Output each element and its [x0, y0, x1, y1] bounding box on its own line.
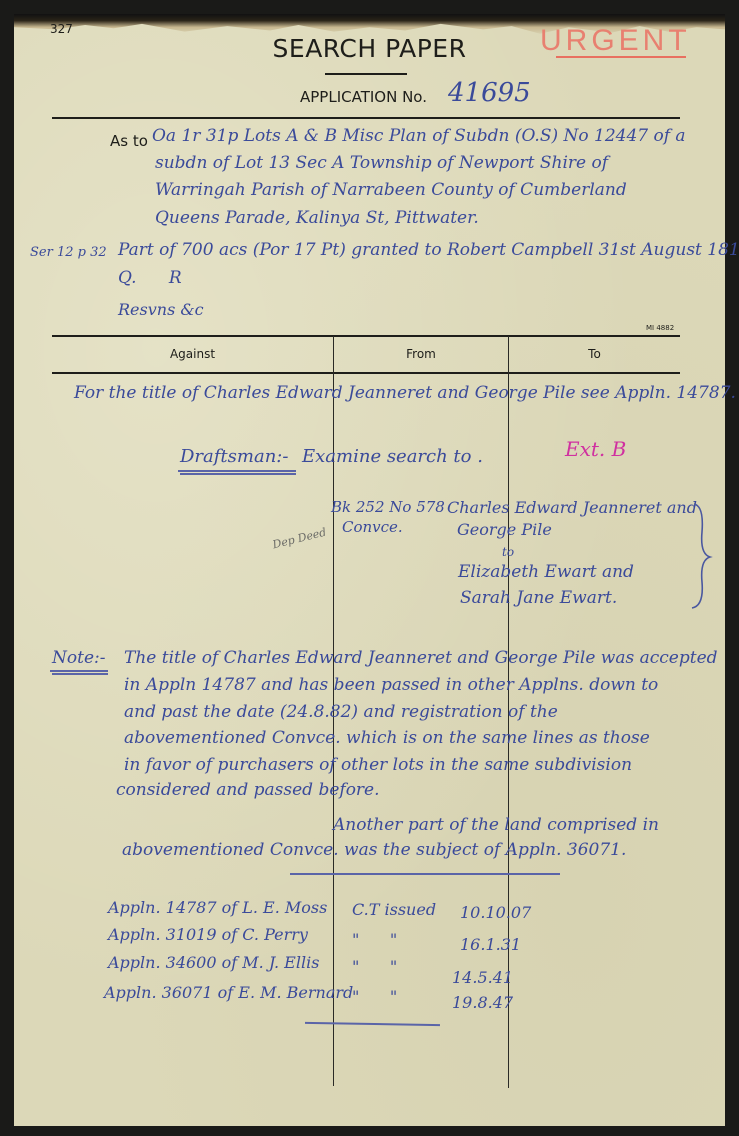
section-underline: [290, 873, 560, 875]
appln-row-1-date: 10.10.07: [460, 903, 531, 922]
appln-row-3-date: 14.5.41: [452, 968, 513, 987]
urgent-underline: [556, 56, 686, 58]
appln-row-1-status: C.T issued: [352, 900, 436, 919]
appln-row-4: Appln. 36071 of E. M. Bernard: [104, 983, 353, 1002]
draftsman-label: Draftsman:-: [180, 446, 288, 467]
draftsman-underline: [178, 470, 296, 472]
brace-icon: [690, 502, 714, 612]
grant-line: Part of 700 acs (Por 17 Pt) granted to R…: [118, 240, 739, 260]
note-line-3: and past the date (24.8.82) and registra…: [124, 702, 558, 722]
as-to-line-1: Oa 1r 31p Lots A & B Misc Plan of Subdn …: [152, 126, 686, 146]
appln-row-1: Appln. 14787 of L. E. Moss: [108, 898, 327, 917]
note-line-2: in Appln 14787 and has been passed in ot…: [124, 675, 658, 695]
reservations: Resvns &c: [118, 300, 204, 319]
conveyance-ref-1: Bk 252 No 578: [331, 498, 445, 516]
draftsman-underline-2: [180, 473, 296, 475]
note-underline-2: [52, 673, 108, 675]
draftsman-mark: Ext. B: [565, 437, 626, 461]
appln-row-3: Appln. 34600 of M. J. Ellis: [108, 953, 319, 972]
appln-row-4-status: " ": [352, 987, 397, 1006]
note-line-1: The title of Charles Edward Jeanneret an…: [124, 648, 718, 668]
note-underline: [50, 670, 108, 672]
from-line-1: Charles Edward Jeanneret and: [447, 498, 697, 517]
column-header-to: To: [509, 347, 680, 361]
to-word: to: [502, 545, 514, 559]
title-note: For the title of Charles Edward Jeannere…: [74, 383, 736, 403]
column-header-from: From: [334, 347, 508, 361]
note-line-4: abovementioned Convce. which is on the s…: [124, 728, 650, 748]
header-rule: [52, 117, 680, 119]
application-label: APPLICATION No.: [300, 88, 427, 106]
draftsman-text: Examine search to .: [302, 446, 483, 467]
as-to-label: As to: [110, 132, 148, 150]
note-line-5: in favor of purchasers of other lots in …: [124, 755, 632, 775]
as-to-line-3: Warringah Parish of Narrabeen County of …: [155, 180, 627, 200]
appln-row-4-date: 19.8.47: [452, 993, 513, 1012]
conveyance-ref-2: Convce.: [342, 518, 403, 536]
as-to-line-2: subdn of Lot 13 Sec A Township of Newpor…: [155, 153, 608, 173]
table-top-rule: [52, 335, 680, 337]
margin-reference: Ser 12 p 32: [30, 245, 107, 260]
appln-row-2: Appln. 31019 of C. Perry: [108, 925, 308, 944]
qr-line: Q. R: [118, 268, 182, 288]
form-code: MI 4882: [646, 324, 674, 332]
title-divider: [325, 73, 407, 75]
appln-row-2-date: 16.1.31: [460, 935, 521, 954]
note-label: Note:-: [52, 648, 105, 668]
appln-row-2-status: " ": [352, 930, 397, 949]
appln-row-3-status: " ": [352, 957, 397, 976]
table-header-rule: [52, 372, 680, 374]
as-to-line-4: Queens Parade, Kalinya St, Pittwater.: [155, 208, 479, 228]
another-line-2: abovementioned Convce. was the subject o…: [122, 840, 626, 860]
urgent-stamp: URGENT: [540, 24, 691, 58]
from-line-2: George Pile: [457, 520, 552, 539]
column-header-against: Against: [52, 347, 333, 361]
another-line-1: Another part of the land comprised in: [333, 815, 659, 835]
to-line-1: Elizabeth Ewart and: [458, 562, 634, 582]
application-number: 41695: [448, 78, 531, 108]
note-line-6: considered and passed before.: [116, 780, 380, 800]
to-line-2: Sarah Jane Ewart.: [460, 588, 617, 608]
